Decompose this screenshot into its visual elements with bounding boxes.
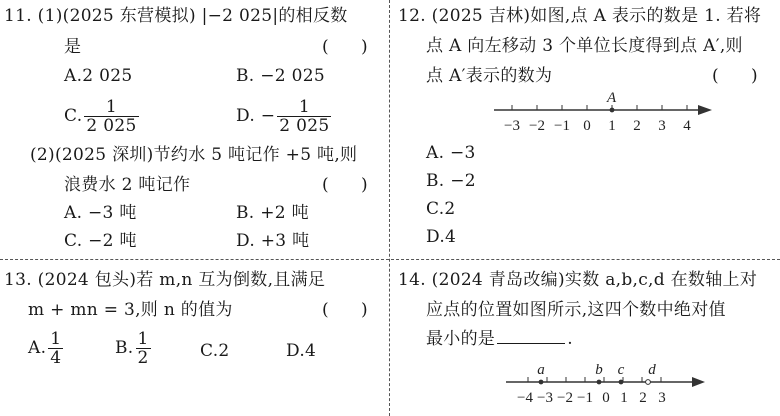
option-a[interactable]: A.2 025 [64,66,132,86]
option-label: A. [28,338,46,358]
numerator: 1 [48,330,63,348]
fraction: 12 025 [277,98,331,135]
horizontal-divider [0,259,780,260]
option-label: B. [236,203,255,223]
tick-label: 2 [639,390,647,406]
tick-label: −2 [529,118,545,134]
point-label: d [648,362,656,378]
option-label: B. [236,66,255,86]
q11-line1: 11. (1)(2025 东营模拟) |−2 025|的相反数 [4,6,348,26]
option-a[interactable]: A. −3 吨 [64,203,137,223]
question-number: 13. [4,270,32,290]
stem-text: 如图,点 A 表示的数是 1. 若将 [530,6,761,26]
point-a-dot [539,380,544,385]
point-a-dot [610,108,615,113]
option-b[interactable]: B.12 [115,330,151,367]
stem-text: 是 [64,37,81,57]
numerator: 1 [297,98,312,116]
tick-label: 3 [658,118,666,134]
source-tag: (2024 青岛改编) [432,270,565,290]
q12-line1: 12. (2025 吉林)如图,点 A 表示的数是 1. 若将 [398,6,761,26]
option-value: +3 吨 [261,231,310,251]
option-label: B. [426,171,445,191]
option-c[interactable]: C.12 025 [64,98,139,135]
option-value: −2 吨 [88,231,137,251]
option-c[interactable]: C. −2 吨 [64,231,137,251]
answer-parentheses[interactable]: ( ) [322,37,368,57]
option-c[interactable]: C.2 [426,199,456,219]
option-value: 4 [305,341,316,361]
option-d[interactable]: D. −12 025 [236,98,331,135]
option-d[interactable]: D.4 [286,341,316,361]
denominator: 4 [48,348,63,367]
q13-line1: 13. (2024 包头)若 m,n 互为倒数,且满足 [4,270,325,290]
stem-text: 浪费水 2 吨记作 [64,175,190,195]
option-label: B. [115,338,134,358]
source-tag: (2025 深圳) [55,145,154,165]
stem-text: 点 A 向左移动 3 个单位长度得到点 A′,则 [426,36,743,56]
option-value: +2 吨 [260,203,309,223]
tick-label: 4 [683,118,691,134]
point-c-dot [619,380,624,385]
fraction: 12 [136,330,151,367]
answer-parentheses[interactable]: ( ) [322,175,368,195]
tick-label: −2 [557,390,573,406]
option-label: A. [426,143,444,163]
source-tag: (2024 包头) [38,270,137,290]
option-label: D. [236,231,255,251]
point-label: A [606,90,617,106]
option-label: C. [64,106,82,126]
question-number: 12. [398,6,426,26]
tick-label: 1 [608,118,616,134]
tick-label: −3 [537,390,553,406]
tick-label: −1 [577,390,593,406]
tick-label: −4 [517,390,533,406]
denominator: 2 [136,348,151,367]
arrow-icon [692,377,705,387]
answer-parentheses[interactable]: ( ) [322,300,368,320]
option-a[interactable]: A.14 [28,330,63,367]
option-value: 2 025 [82,66,132,86]
option-value: −3 吨 [88,203,137,223]
option-value: 2 [218,341,229,361]
option-c[interactable]: C.2 [200,341,230,361]
option-label: D. [236,106,255,126]
q11-part2-line1: (2)(2025 深圳)节约水 5 吨记作 +5 吨,则 [30,145,357,165]
source-tag: (2025 吉林) [432,6,531,26]
option-d[interactable]: D.4 [426,227,456,247]
period: . [567,329,573,349]
fraction: 12 025 [84,98,138,135]
fraction: 14 [48,330,63,367]
option-value: 4 [445,227,456,247]
option-d[interactable]: D. +3 吨 [236,231,309,251]
q14-line3: 最小的是. [426,329,573,349]
tick-label: 1 [620,390,628,406]
denominator: 2 025 [277,116,331,135]
stem-text: 实数 a,b,c,d 在数轴上对 [565,270,757,290]
answer-blank[interactable] [497,329,565,344]
tick-label: 0 [602,390,610,406]
tick-label: 3 [658,390,666,406]
minus-sign: − [261,106,276,126]
option-b[interactable]: B. −2 025 [236,66,325,86]
source-tag: (2025 东营模拟) [63,6,196,26]
option-label: C. [200,341,218,361]
point-label: a [537,362,545,378]
tick-label: 2 [633,118,641,134]
q14-line1: 14. (2024 青岛改编)实数 a,b,c,d 在数轴上对 [398,270,757,290]
option-a[interactable]: A. −3 [426,143,476,163]
stem-text: 节约水 5 吨记作 +5 吨,则 [154,145,358,165]
question-number: 14. [398,270,426,290]
option-label: D. [286,341,305,361]
tick-label: −1 [554,118,570,134]
option-label: A. [64,66,82,86]
option-label: D. [426,227,445,247]
part-label: (2) [30,145,55,165]
vertical-divider [389,0,390,416]
stem-text: 若 m,n 互为倒数,且满足 [136,270,325,290]
absolute-value-expression: |−2 025| [202,6,279,26]
part-label: (1) [38,6,63,26]
option-value: −2 025 [260,66,325,86]
question-number: 11. [4,6,32,26]
tick-label: −3 [504,118,520,134]
point-d-dot [646,380,651,385]
stem-text: 应点的位置如图所示,这四个数中绝对值 [426,300,726,320]
option-label: C. [426,199,444,219]
ticks [512,105,687,110]
numerator: 1 [104,98,119,116]
answer-parentheses[interactable]: ( ) [712,66,758,86]
arrow-icon [698,105,712,115]
option-label: A. [64,203,82,223]
option-b[interactable]: B. +2 吨 [236,203,309,223]
option-value: 2 [444,199,455,219]
stem-text: m + mn = 3,则 n 的值为 [28,300,233,320]
point-b-dot [597,380,602,385]
option-label: C. [64,231,82,251]
numerator: 1 [136,330,151,348]
tick-label: 0 [583,118,591,134]
point-label: b [595,362,603,378]
stem-text: 点 A′表示的数为 [426,66,552,86]
point-label: c [618,362,625,378]
option-value: −3 [450,143,476,163]
number-line-figure: A −3 −2 −1 0 1 2 3 4 [490,88,720,136]
option-b[interactable]: B. −2 [426,171,476,191]
number-line-figure: a b c d −4 −3 −2 −1 0 1 2 3 [500,360,720,416]
denominator: 2 025 [84,116,138,135]
stem-text: 最小的是 [426,329,495,349]
option-value: −2 [450,171,476,191]
stem-text: 的相反数 [278,6,347,26]
